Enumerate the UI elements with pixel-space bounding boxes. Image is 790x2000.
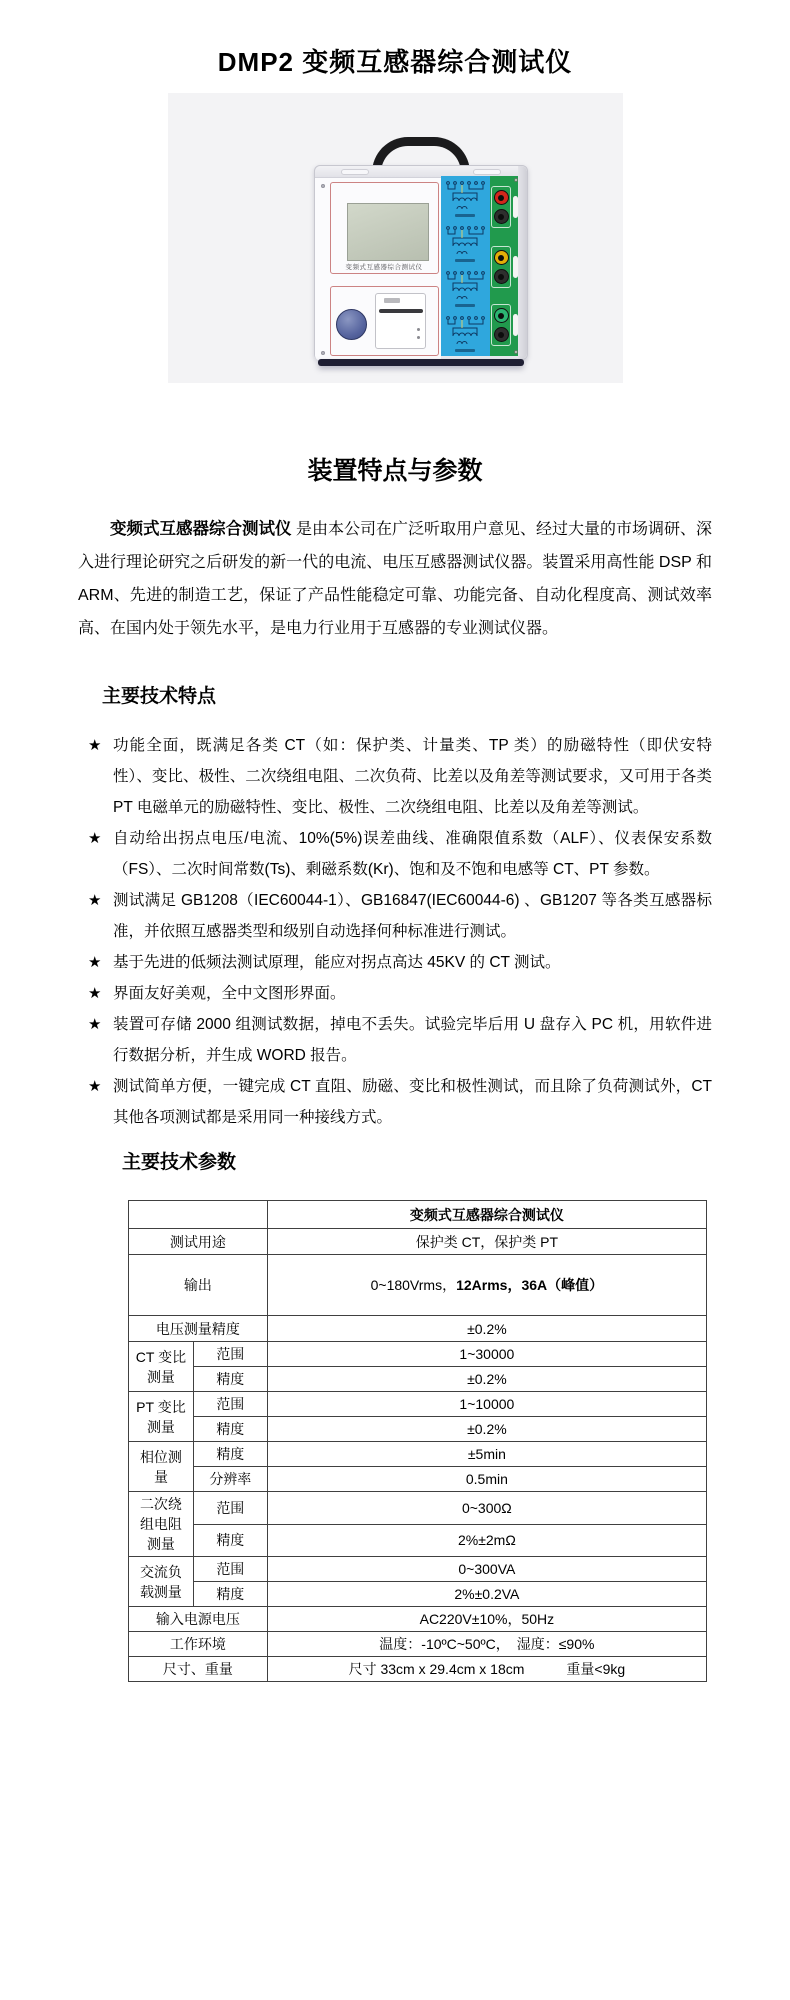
screen-frame: 变频式互感器综合测试仪	[330, 182, 439, 274]
screw-icon	[321, 184, 325, 188]
param-value-cell: 1~10000	[267, 1392, 706, 1417]
device-side-edge	[518, 166, 527, 359]
param-label-cell: 输入电源电压	[129, 1607, 268, 1632]
terminal-group	[491, 246, 511, 288]
terminal-jack-red	[494, 190, 509, 205]
param-sub-cell: 精度	[193, 1442, 267, 1467]
feature-item: ★测试简单方便，一键完成 CT 直阻、励磁、变比和极性测试，而且除了负荷测试外，…	[88, 1071, 712, 1133]
overview-heading: 装置特点与参数	[0, 451, 790, 487]
table-header-cell: 变频式互感器综合测试仪	[267, 1201, 706, 1229]
param-value-cell: 保护类 CT，保护类 PT	[267, 1229, 706, 1255]
param-sub-cell: 范围	[193, 1492, 267, 1525]
terminal-jack-black	[494, 269, 509, 284]
feature-text: 装置可存储 2000 组测试数据，掉电不丢失。试验完毕后用 U 盘存入 PC 机…	[113, 1009, 712, 1071]
wiring-diagram-icon	[441, 221, 490, 266]
terminal-jack-yellow	[494, 250, 509, 265]
table-row: PT 变比测量 范围 1~10000	[129, 1392, 707, 1417]
table-row: 精度 2%±2mΩ	[129, 1524, 707, 1557]
feature-item: ★自动给出拐点电压/电流、10%(5%)误差曲线、准确限值系数（ALF）、仪表保…	[88, 823, 712, 885]
table-row: 交流负载测量 范围 0~300VA	[129, 1557, 707, 1582]
terminal-jack-black	[494, 209, 509, 224]
output-value-bold: 12Arms，36A（峰值）	[456, 1277, 603, 1293]
table-row: 尺寸、重量 尺寸 33cm x 29.4cm x 18cm 重量<9kg	[129, 1657, 707, 1682]
feature-text: 基于先进的低频法测试原理，能应对拐点高达 45KV 的 CT 测试。	[113, 947, 712, 978]
param-group-cell: 交流负载测量	[129, 1557, 194, 1607]
diagram-caption	[455, 214, 475, 217]
feature-item: ★界面友好美观，全中文图形界面。	[88, 978, 712, 1009]
param-label-cell: 测试用途	[129, 1229, 268, 1255]
feature-item: ★功能全面，既满足各类 CT（如：保护类、计量类、TP 类）的励磁特性（即伏安特…	[88, 730, 712, 823]
param-sub-cell: 精度	[193, 1582, 267, 1607]
param-label-cell	[129, 1201, 268, 1229]
diagram-caption	[455, 349, 475, 352]
printer-latch	[384, 298, 400, 303]
device-base	[318, 359, 524, 366]
feature-item: ★装置可存储 2000 组测试数据，掉电不丢失。试验完毕后用 U 盘存入 PC …	[88, 1009, 712, 1071]
param-value-cell: 2%±2mΩ	[267, 1524, 706, 1557]
param-value-cell: 1~30000	[267, 1342, 706, 1367]
front-panel: 变频式互感器综合测试仪	[315, 178, 441, 361]
handle-recess	[341, 169, 369, 175]
param-group-cell: PT 变比测量	[129, 1392, 194, 1442]
tester-device-illustration: 变频式互感器综合测试仪	[168, 93, 623, 383]
param-label-cell: 输出	[129, 1255, 268, 1316]
handle-recess	[473, 169, 501, 175]
diagram-caption	[455, 304, 475, 307]
param-group-cell: 二次绕组电阻测量	[129, 1492, 194, 1557]
param-sub-cell: 范围	[193, 1342, 267, 1367]
param-value-cell: ±0.2%	[267, 1367, 706, 1392]
table-row: 精度 ±0.2%	[129, 1367, 707, 1392]
param-group-cell: CT 变比测量	[129, 1342, 194, 1392]
intro-body: 是由本公司在广泛听取用户意见、经过大量的市场调研、深入进行理论研究之后研发的新一…	[78, 521, 712, 637]
terminal-group	[491, 186, 511, 228]
param-value-cell: 2%±0.2VA	[267, 1582, 706, 1607]
features-list: ★功能全面，既满足各类 CT（如：保护类、计量类、TP 类）的励磁特性（即伏安特…	[88, 730, 712, 1133]
thermal-printer	[375, 293, 426, 349]
table-row: 电压测量精度 ±0.2%	[129, 1316, 707, 1342]
intro-paragraph: 变频式互感器综合测试仪 是由本公司在广泛听取用户意见、经过大量的市场调研、深入进…	[78, 513, 712, 645]
feature-text: 界面友好美观，全中文图形界面。	[113, 978, 712, 1009]
lcd-screen	[347, 203, 429, 261]
table-row: 精度 ±0.2%	[129, 1417, 707, 1442]
table-row: CT 变比测量 范围 1~30000	[129, 1342, 707, 1367]
terminal-group	[491, 304, 511, 346]
table-row: 二次绕组电阻测量 范围 0~300Ω	[129, 1492, 707, 1525]
star-icon: ★	[88, 1071, 113, 1133]
features-heading: 主要技术特点	[102, 681, 790, 708]
feature-text: 功能全面，既满足各类 CT（如：保护类、计量类、TP 类）的励磁特性（即伏安特性…	[113, 730, 712, 823]
star-icon: ★	[88, 823, 113, 885]
param-value-cell: ±0.2%	[267, 1316, 706, 1342]
param-sub-cell: 精度	[193, 1417, 267, 1442]
param-label-cell: 尺寸、重量	[129, 1657, 268, 1682]
table-row: 测试用途 保护类 CT，保护类 PT	[129, 1229, 707, 1255]
table-row: 工作环境 温度：-10ºC~50ºC， 湿度：≤90%	[129, 1632, 707, 1657]
params-heading: 主要技术参数	[122, 1147, 790, 1174]
param-label-cell: 工作环境	[129, 1632, 268, 1657]
param-value-cell: AC220V±10%，50Hz	[267, 1607, 706, 1632]
star-icon: ★	[88, 978, 113, 1009]
table-row: 分辨率 0.5min	[129, 1467, 707, 1492]
star-icon: ★	[88, 730, 113, 823]
product-photo: 变频式互感器综合测试仪	[168, 93, 623, 383]
terminal-jack-green	[494, 308, 509, 323]
document-page: DMP2 变频互感器综合测试仪 变频式互感器综合测试仪	[0, 0, 790, 2000]
output-value-normal: 0~180Vrms，	[371, 1277, 456, 1293]
param-value-cell: 0~300VA	[267, 1557, 706, 1582]
feature-item: ★基于先进的低频法测试原理，能应对拐点高达 45KV 的 CT 测试。	[88, 947, 712, 978]
param-value-cell: 温度：-10ºC~50ºC， 湿度：≤90%	[267, 1632, 706, 1657]
param-sub-cell: 分辨率	[193, 1467, 267, 1492]
wiring-diagram-icon	[441, 311, 490, 356]
param-sub-cell: 精度	[193, 1367, 267, 1392]
device-front-label: 变频式互感器综合测试仪	[331, 262, 438, 271]
table-row: 输出 0~180Vrms，12Arms，36A（峰值）	[129, 1255, 707, 1316]
feature-text: 测试满足 GB1208（IEC60044-1）、GB16847(IEC60044…	[113, 885, 712, 947]
star-icon: ★	[88, 947, 113, 978]
diagram-caption	[455, 259, 475, 262]
device-body: 变频式互感器综合测试仪	[314, 165, 528, 360]
param-group-cell: 相位测量	[129, 1442, 194, 1492]
table-row: 相位测量 精度 ±5min	[129, 1442, 707, 1467]
star-icon: ★	[88, 885, 113, 947]
control-frame	[330, 286, 439, 356]
table-row: 变频式互感器综合测试仪	[129, 1201, 707, 1229]
terminal-panel	[490, 176, 520, 356]
param-sub-cell: 范围	[193, 1557, 267, 1582]
feature-text: 测试简单方便，一键完成 CT 直阻、励磁、变比和极性测试，而且除了负荷测试外，C…	[113, 1071, 712, 1133]
param-value-cell: ±5min	[267, 1442, 706, 1467]
wiring-diagram-icon	[441, 176, 490, 221]
table-row: 精度 2%±0.2VA	[129, 1582, 707, 1607]
screw-icon	[514, 178, 518, 182]
param-value-cell: 0~180Vrms，12Arms，36A（峰值）	[267, 1255, 706, 1316]
screw-icon	[321, 351, 325, 355]
intro-lead: 变频式互感器综合测试仪	[110, 520, 292, 538]
param-value-cell: 0~300Ω	[267, 1492, 706, 1525]
tech-params-table: 变频式互感器综合测试仪 测试用途 保护类 CT，保护类 PT 输出 0~180V…	[128, 1200, 707, 1682]
param-sub-cell: 精度	[193, 1524, 267, 1557]
param-value-cell: ±0.2%	[267, 1417, 706, 1442]
wiring-diagram-icon	[441, 266, 490, 311]
table-row: 输入电源电压 AC220V±10%，50Hz	[129, 1607, 707, 1632]
param-label-cell: 电压测量精度	[129, 1316, 268, 1342]
terminal-jack-black	[494, 327, 509, 342]
page-title: DMP2 变频互感器综合测试仪	[0, 0, 790, 79]
printer-led	[417, 336, 420, 339]
printer-led	[417, 328, 420, 331]
param-sub-cell: 范围	[193, 1392, 267, 1417]
rotary-knob	[336, 309, 367, 340]
param-value-cell: 尺寸 33cm x 29.4cm x 18cm 重量<9kg	[267, 1657, 706, 1682]
param-value-cell: 0.5min	[267, 1467, 706, 1492]
wiring-diagram-panel	[441, 176, 490, 356]
star-icon: ★	[88, 1009, 113, 1071]
screw-icon	[514, 350, 518, 354]
feature-item: ★测试满足 GB1208（IEC60044-1）、GB16847(IEC6004…	[88, 885, 712, 947]
feature-text: 自动给出拐点电压/电流、10%(5%)误差曲线、准确限值系数（ALF）、仪表保安…	[113, 823, 712, 885]
paper-slot	[379, 309, 423, 313]
